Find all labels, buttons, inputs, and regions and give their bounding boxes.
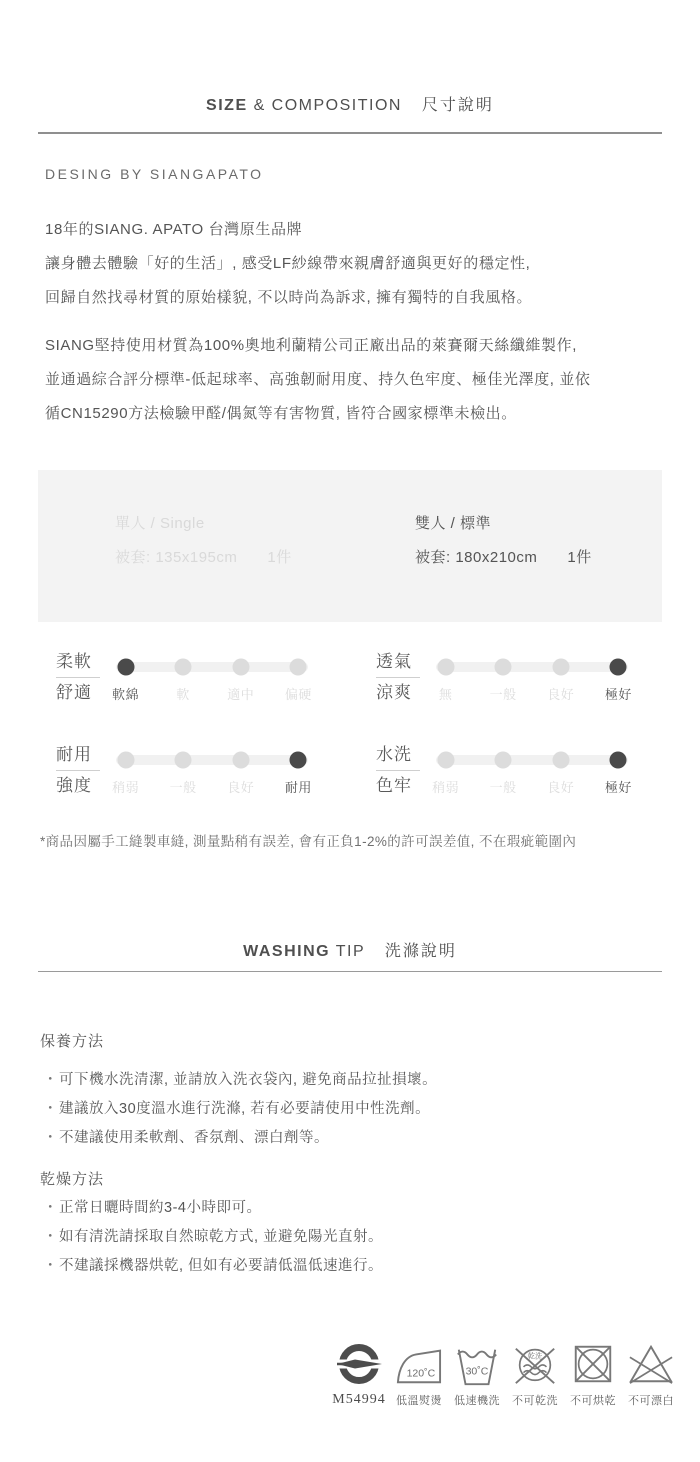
rating-label-divider: [56, 770, 100, 771]
rating-option: 無: [439, 684, 453, 703]
certification-number: M54994: [332, 1392, 385, 1408]
rating-label-bottom: 舒適: [56, 681, 102, 705]
rating-option: 適中: [227, 684, 254, 703]
rating-label-bottom: 色牢: [376, 774, 422, 798]
washing-title-en-rest: TIP: [336, 943, 365, 960]
washing-title-en-bold: WASHING: [243, 943, 330, 960]
rating-label-bottom: 涼爽: [376, 681, 422, 705]
rating-label: 水洗 色牢: [376, 743, 422, 803]
rating-dot: [552, 659, 569, 676]
size-double-spec: 被套: 180x210cm1件: [415, 546, 592, 567]
material-line: SIANG堅持使用材質為100%奧地利蘭精公司正廠出品的萊賽爾天絲纖維製作,: [45, 329, 591, 363]
rating-options: 稍弱 一般 良好 極好: [436, 777, 628, 797]
brand-intro-paragraph: 18年的SIANG. APATO 台灣原生品牌 讓身體去體驗「好的生活」, 感受…: [45, 213, 532, 315]
rating-options: 無 一般 良好 極好: [436, 684, 628, 704]
rating-option: 偏硬: [285, 684, 312, 703]
intro-line: 18年的SIANG. APATO 台灣原生品牌: [45, 213, 532, 247]
care-icons-row: M54994 120˚C 低溫熨燙 30˚C 低速機洗 乾洗: [334, 1340, 674, 1408]
rating-dot: [290, 659, 307, 676]
rating-scale: 稍弱 一般 良好 極好: [436, 743, 628, 803]
size-composition-page: SIZE & COMPOSITION 尺寸說明 DESING BY SIANGA…: [0, 0, 700, 1462]
rating-option: 軟綿: [112, 684, 139, 703]
rating-option: 一般: [490, 777, 517, 796]
no-tumble-dry-icon: [570, 1341, 616, 1387]
rating-option: 一般: [170, 777, 197, 796]
certification-mark: M54994: [334, 1340, 384, 1408]
rating-durability: 耐用 強度 稍弱 一般 良好 耐用: [56, 743, 316, 803]
care-method-title: 保養方法: [40, 1030, 104, 1051]
icon-label: 不可乾洗: [512, 1392, 558, 1408]
machine-wash-icon: 30˚C: [454, 1343, 500, 1387]
rating-dot: [290, 752, 307, 769]
rating-scale: 軟綿 軟 適中 偏硬: [116, 650, 308, 710]
rating-option: 稍弱: [112, 777, 139, 796]
rating-option: 耐用: [285, 777, 312, 796]
rating-scale: 稍弱 一般 良好 耐用: [116, 743, 308, 803]
drying-bullet-text: 正常日曬時間約3-4小時即可。: [59, 1194, 261, 1223]
size-col-single: 單人 / Single 被套: 135x195cm1件: [115, 512, 292, 567]
washing-section-title: WASHING TIP 洗滌說明: [0, 938, 700, 961]
rating-dot: [232, 752, 249, 769]
design-by-line: DESING BY SIANGAPATO: [45, 166, 264, 182]
drying-bullet-text: 如有清洗請採取自然晾乾方式, 並避免陽光直射。: [59, 1223, 383, 1252]
list-item: ・正常日曬時間約3-4小時即可。: [43, 1194, 383, 1223]
drying-method-title: 乾燥方法: [40, 1168, 104, 1189]
section-divider: [38, 971, 662, 972]
list-item: ・如有清洗請採取自然晾乾方式, 並避免陽光直射。: [43, 1223, 383, 1252]
section-divider: [38, 132, 662, 134]
rating-label-bottom: 強度: [56, 774, 102, 798]
no-dry-clean-icon: 乾洗: [512, 1341, 558, 1387]
bullet-marker: ・: [43, 1095, 59, 1124]
care-bullet-text: 不建議使用柔軟劑、香氛劑、漂白劑等。: [59, 1124, 329, 1153]
drying-method-list: ・正常日曬時間約3-4小時即可。 ・如有清洗請採取自然晾乾方式, 並避免陽光直射…: [43, 1194, 383, 1281]
machine-wash-30: 30˚C 低速機洗: [454, 1343, 500, 1408]
rating-breathability: 透氣 涼爽 無 一般 良好 極好: [376, 650, 636, 710]
iron-icon: 120˚C: [396, 1343, 442, 1387]
rating-label-top: 水洗: [376, 743, 422, 767]
bullet-marker: ・: [43, 1066, 59, 1095]
rating-option: 一般: [490, 684, 517, 703]
size-single-qty: 1件: [267, 549, 291, 566]
rating-label-top: 透氣: [376, 650, 422, 674]
rating-track: [436, 755, 628, 765]
svg-text:120˚C: 120˚C: [407, 1368, 436, 1380]
rating-dot: [232, 659, 249, 676]
rating-label: 透氣 涼爽: [376, 650, 422, 710]
size-double-title: 雙人 / 標準: [415, 512, 592, 533]
rating-dot: [437, 659, 454, 676]
drying-bullet-text: 不建議採機器烘乾, 但如有必要請低溫低速進行。: [59, 1252, 383, 1281]
rating-dot: [117, 659, 134, 676]
icon-label: 不可烘乾: [570, 1392, 616, 1408]
no-bleach-icon: [628, 1341, 674, 1387]
rating-dot: [437, 752, 454, 769]
rating-options: 軟綿 軟 適中 偏硬: [116, 684, 308, 704]
size-single-dimension: 被套: 135x195cm: [115, 549, 237, 566]
rating-track: [116, 662, 308, 672]
rating-dot: [175, 752, 192, 769]
rating-label-top: 柔軟: [56, 650, 102, 674]
rating-option: 軟: [176, 684, 190, 703]
rating-label-top: 耐用: [56, 743, 102, 767]
rating-label: 耐用 強度: [56, 743, 102, 803]
size-single-title: 單人 / Single: [115, 512, 292, 533]
rating-option: 良好: [547, 684, 574, 703]
svg-text:30˚C: 30˚C: [466, 1366, 489, 1378]
washing-title-zh: 洗滌說明: [385, 943, 457, 960]
rating-dot: [175, 659, 192, 676]
size-title-en-rest: & COMPOSITION: [254, 97, 402, 114]
icon-label: 低速機洗: [454, 1392, 500, 1408]
size-double-dimension: 被套: 180x210cm: [415, 549, 537, 566]
rating-option: 良好: [227, 777, 254, 796]
certification-logo-icon: [334, 1340, 384, 1390]
rating-dot: [495, 659, 512, 676]
rating-label-divider: [376, 677, 420, 678]
rating-dot: [610, 752, 627, 769]
size-spec-box: 單人 / Single 被套: 135x195cm1件 雙人 / 標準 被套: …: [38, 470, 662, 622]
rating-option: 良好: [547, 777, 574, 796]
material-line: 並通過綜合評分標準-低起球率、高強韌耐用度、持久色牢度、極佳光澤度, 並依: [45, 363, 591, 397]
rating-dot: [495, 752, 512, 769]
size-section-title: SIZE & COMPOSITION 尺寸說明: [0, 92, 700, 115]
rating-label-divider: [376, 770, 420, 771]
svg-text:乾洗: 乾洗: [528, 1351, 542, 1360]
list-item: ・不建議採機器烘乾, 但如有必要請低溫低速進行。: [43, 1252, 383, 1281]
size-col-double: 雙人 / 標準 被套: 180x210cm1件: [415, 512, 592, 567]
list-item: ・可下機水洗清潔, 並請放入洗衣袋內, 避免商品拉扯損壞。: [43, 1066, 437, 1095]
tolerance-note: *商品因屬手工縫製車縫, 測量點稍有誤差, 會有正負1-2%的許可誤差值, 不在…: [40, 830, 576, 850]
material-line: 循CN15290方法檢驗甲醛/偶氮等有害物質, 皆符合國家標準未檢出。: [45, 397, 591, 431]
size-single-spec: 被套: 135x195cm1件: [115, 546, 292, 567]
intro-line: 回歸自然找尋材質的原始樣貌, 不以時尚為訴求, 擁有獨特的自我風格。: [45, 281, 532, 315]
list-item: ・建議放入30度溫水進行洗滌, 若有必要請使用中性洗劑。: [43, 1095, 437, 1124]
rating-dot: [117, 752, 134, 769]
material-paragraph: SIANG堅持使用材質為100%奧地利蘭精公司正廠出品的萊賽爾天絲纖維製作, 並…: [45, 329, 591, 431]
bullet-marker: ・: [43, 1223, 59, 1252]
rating-dot: [610, 659, 627, 676]
rating-track: [116, 755, 308, 765]
rating-track: [436, 662, 628, 672]
no-bleach: 不可漂白: [628, 1341, 674, 1408]
rating-options: 稍弱 一般 良好 耐用: [116, 777, 308, 797]
care-method-list: ・可下機水洗清潔, 並請放入洗衣袋內, 避免商品拉扯損壞。 ・建議放入30度溫水…: [43, 1066, 437, 1153]
no-tumble-dry: 不可烘乾: [570, 1341, 616, 1408]
rating-colorfastness: 水洗 色牢 稍弱 一般 良好 極好: [376, 743, 636, 803]
size-double-qty: 1件: [567, 549, 591, 566]
bullet-marker: ・: [43, 1124, 59, 1153]
iron-low-temp: 120˚C 低溫熨燙: [396, 1343, 442, 1408]
intro-line: 讓身體去體驗「好的生活」, 感受LF紗線帶來親膚舒適與更好的穩定性,: [45, 247, 532, 281]
care-bullet-text: 建議放入30度溫水進行洗滌, 若有必要請使用中性洗劑。: [59, 1095, 430, 1124]
rating-option: 稍弱: [432, 777, 459, 796]
care-bullet-text: 可下機水洗清潔, 並請放入洗衣袋內, 避免商品拉扯損壞。: [59, 1066, 437, 1095]
list-item: ・不建議使用柔軟劑、香氛劑、漂白劑等。: [43, 1124, 437, 1153]
rating-option: 極好: [605, 777, 632, 796]
rating-dot: [552, 752, 569, 769]
bullet-marker: ・: [43, 1194, 59, 1223]
rating-label: 柔軟 舒適: [56, 650, 102, 710]
rating-scale: 無 一般 良好 極好: [436, 650, 628, 710]
icon-label: 低溫熨燙: [396, 1392, 442, 1408]
rating-softness: 柔軟 舒適 軟綿 軟 適中 偏硬: [56, 650, 316, 710]
size-title-en-bold: SIZE: [206, 97, 248, 114]
bullet-marker: ・: [43, 1252, 59, 1281]
icon-label: 不可漂白: [628, 1392, 674, 1408]
rating-option: 極好: [605, 684, 632, 703]
size-title-zh: 尺寸說明: [422, 97, 494, 114]
no-dry-clean: 乾洗 不可乾洗: [512, 1341, 558, 1408]
rating-label-divider: [56, 677, 100, 678]
